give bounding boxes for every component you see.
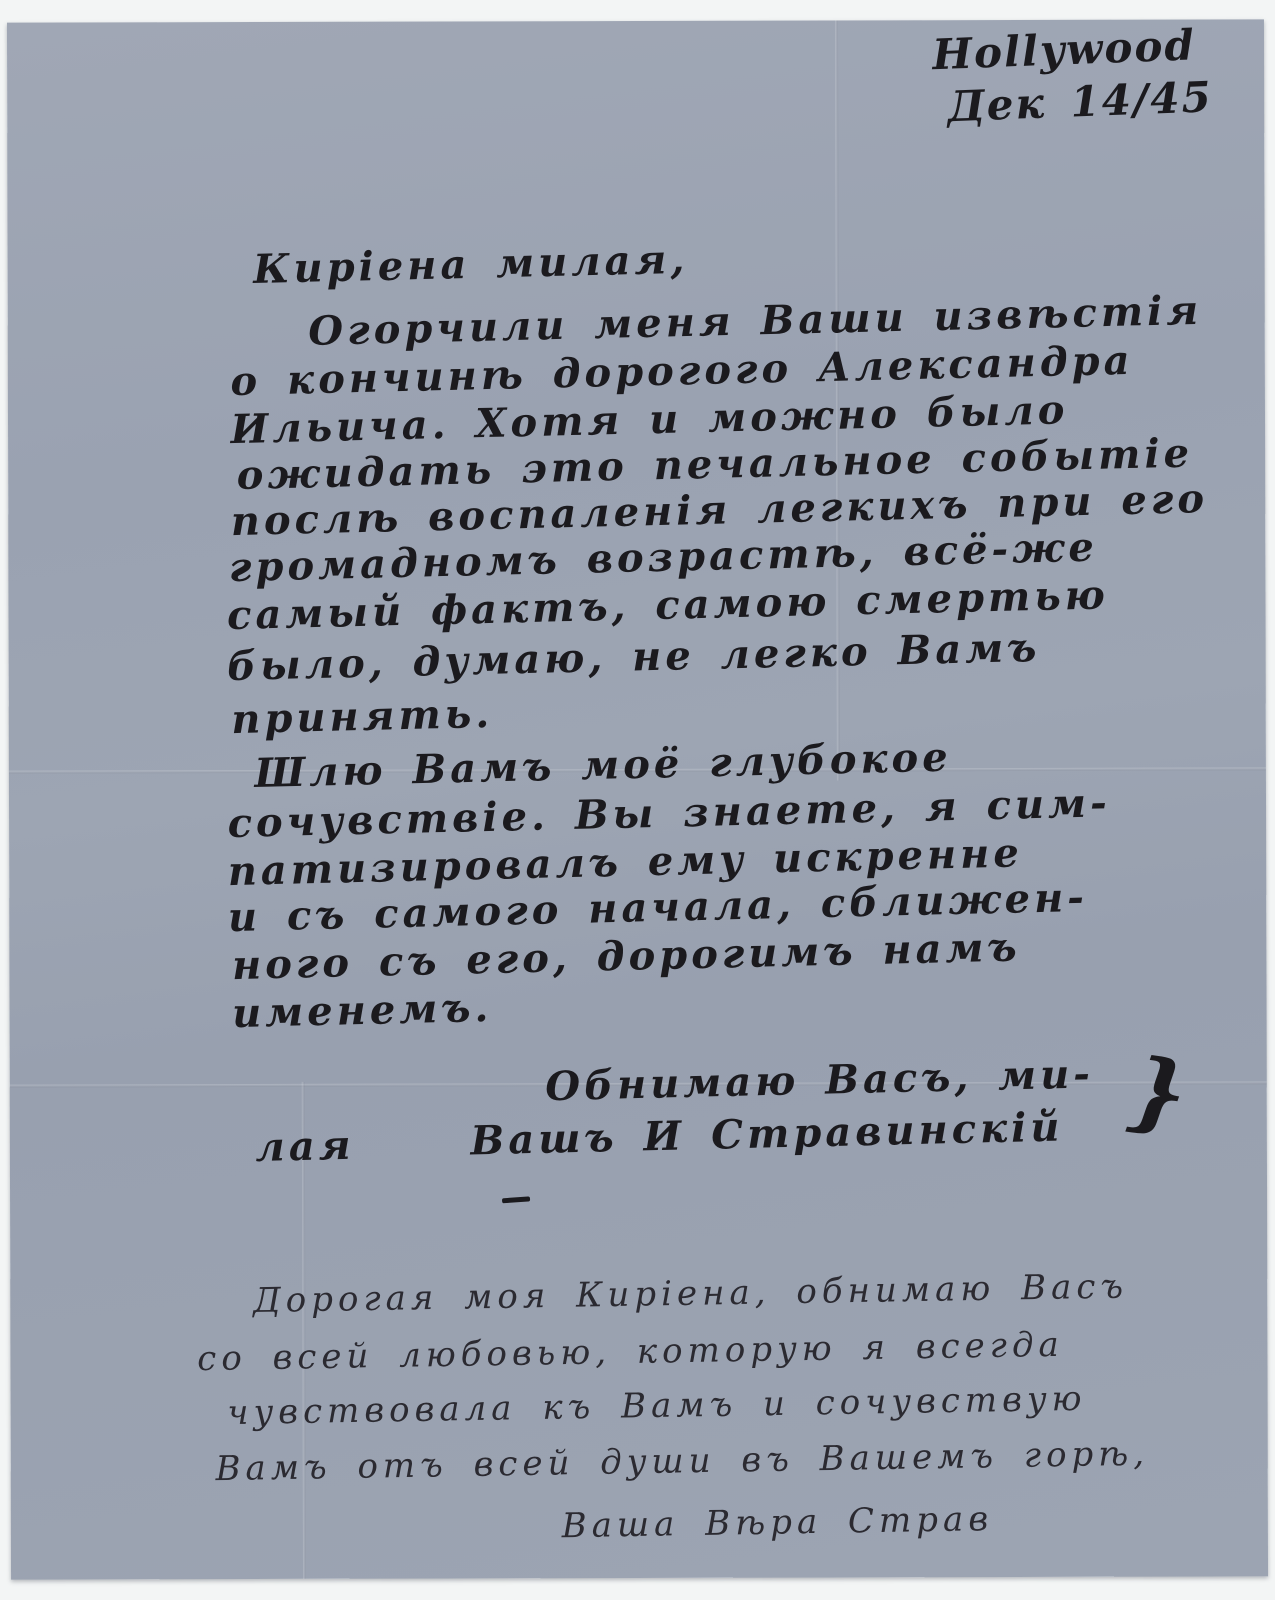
body-line: именемъ.	[232, 988, 493, 1034]
salutation-line: Киріена милая,	[253, 240, 689, 290]
place-line: Hollywood	[932, 24, 1197, 76]
date-line: Дек 14/45	[947, 76, 1214, 128]
vera-signature: Ваша Вѣра Страв	[561, 1502, 993, 1543]
postscript-line: со всей любовью, которую я всегда	[197, 1328, 1064, 1376]
closing-flourish: }	[1125, 1046, 1192, 1139]
closing-line: Обнимаю Васъ, ми-	[545, 1054, 1094, 1107]
stravinsky-signature: Вашъ И Стравинскій	[470, 1107, 1064, 1161]
body-line: принять.	[231, 694, 494, 740]
letter-paper: Hollywood Дек 14/45 Киріена милая, Огорч…	[7, 19, 1268, 1579]
postscript-line: чувствовала къ Вамъ и сочувствую	[227, 1382, 1087, 1430]
scan-background: Hollywood Дек 14/45 Киріена милая, Огорч…	[0, 0, 1275, 1600]
postscript-line: Дорогая моя Киріена, обнимаю Васъ	[253, 1270, 1128, 1319]
signature-underline	[502, 1196, 530, 1203]
body-line: было, думаю, не легко Вамъ	[227, 628, 1041, 687]
postscript-line: Вамъ отъ всей души въ Вашемъ горѣ,	[215, 1437, 1149, 1486]
closing-line: лая	[255, 1126, 355, 1168]
